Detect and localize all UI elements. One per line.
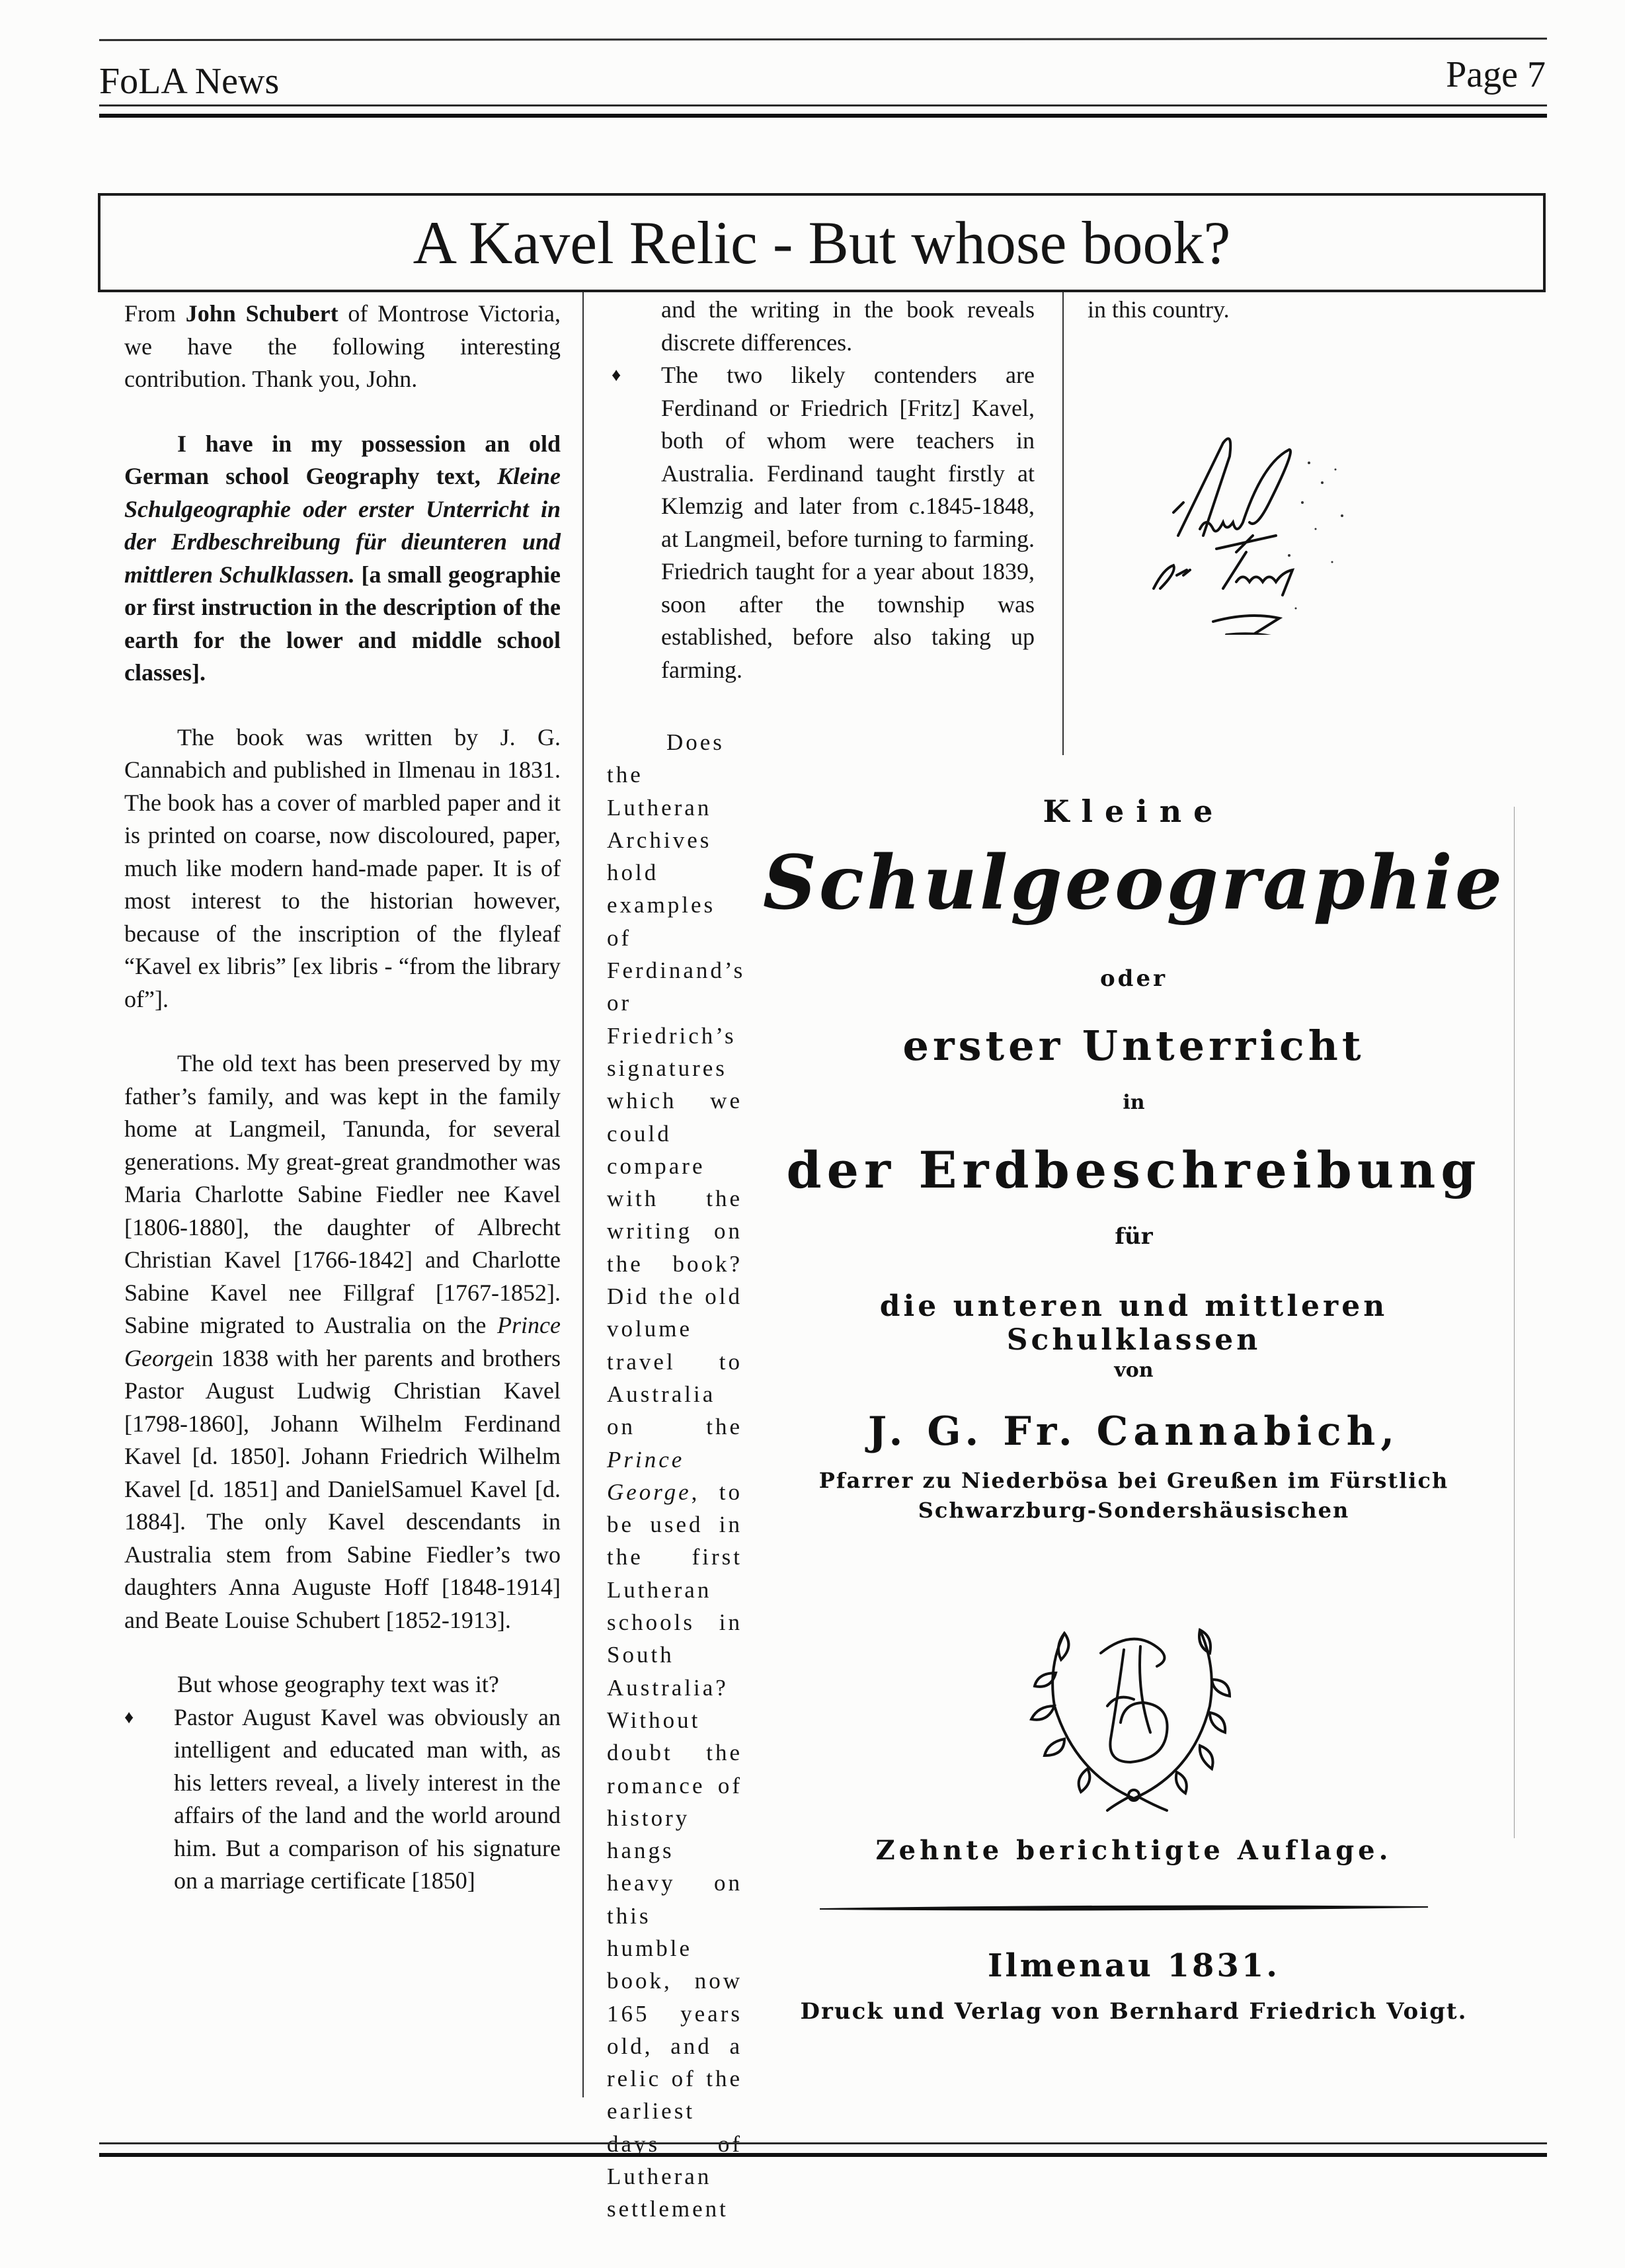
signature-image: Kavel ex libris handwritten signature bbox=[1137, 423, 1388, 635]
newsletter-page: FoLA News Page 7 A Kavel Relic - But who… bbox=[0, 0, 1625, 2268]
article-column-3: in this country. bbox=[1088, 294, 1497, 327]
ship-name: Prince George bbox=[607, 1447, 692, 1505]
title-page-divider bbox=[820, 1904, 1428, 1911]
title-page-fur: für bbox=[760, 1223, 1507, 1250]
archives-question-paragraph: Does the Lutheran Archives hold examples… bbox=[607, 726, 742, 2226]
title-page-author: J. G. Fr. Cannabich, bbox=[760, 1408, 1507, 1455]
title-page-printer: Druck und Verlag von Bernhard Friedrich … bbox=[760, 1998, 1507, 2025]
list-item: and the writing in the book reveals disc… bbox=[612, 294, 1035, 359]
intro-prefix: From bbox=[124, 300, 186, 327]
bullet-text: Pastor August Kavel was obviously an int… bbox=[174, 1704, 561, 1894]
title-page-edge bbox=[1514, 807, 1515, 1838]
article-title-box: A Kavel Relic - But whose book? bbox=[98, 193, 1546, 292]
family-text-2: in 1838 with her parents and brothers Pa… bbox=[124, 1345, 561, 1633]
family-text-1: The old text has been preserved by my fa… bbox=[124, 1050, 561, 1338]
publication-name: FoLA News bbox=[99, 63, 279, 100]
book-description-paragraph: The book was written by J. G. Cannabich … bbox=[124, 721, 561, 1016]
contenders-list: ♦Pastor August Kavel was obviously an in… bbox=[124, 1701, 561, 1898]
list-item: ♦Pastor August Kavel was obviously an in… bbox=[124, 1701, 561, 1898]
bullet-text: and the writing in the book reveals disc… bbox=[661, 296, 1035, 356]
wreath-monogram-icon bbox=[1002, 1600, 1266, 1812]
title-page-oder: oder bbox=[760, 965, 1507, 992]
narrow-column: Does the Lutheran Archives hold examples… bbox=[607, 726, 742, 2226]
narrow-text-2: , to be used in the first Lutheran schoo… bbox=[607, 1479, 742, 2222]
title-page-kleine: Kleine bbox=[760, 793, 1507, 829]
title-page-erster: erster Unterricht bbox=[760, 1022, 1507, 1070]
narrow-text-1: Does the Lutheran Archives hold examples… bbox=[607, 729, 745, 1439]
contenders-list-continued: and the writing in the book reveals disc… bbox=[612, 294, 1035, 686]
page-number: Page 7 bbox=[1446, 56, 1546, 93]
continuation-text: in this country. bbox=[1088, 294, 1497, 327]
column-divider-1 bbox=[582, 292, 584, 2097]
article-title: A Kavel Relic - But whose book? bbox=[413, 208, 1231, 278]
title-page-main-title: Schulgeographie bbox=[760, 840, 1507, 926]
header-rule-thin bbox=[99, 104, 1547, 106]
possession-text: I have in my possession an old German sc… bbox=[124, 430, 561, 490]
header-top-rule bbox=[99, 38, 1547, 41]
title-page-author-role: Pfarrer zu Niederbösa bei Greußen im Für… bbox=[760, 1468, 1507, 1493]
diamond-bullet-icon: ♦ bbox=[612, 359, 621, 392]
possession-paragraph: I have in my possession an old German sc… bbox=[124, 428, 561, 690]
family-history-paragraph: The old text has been preserved by my fa… bbox=[124, 1047, 561, 1637]
question-line: But whose geography text was it? bbox=[124, 1668, 561, 1701]
title-page-in: in bbox=[760, 1091, 1507, 1114]
header-rule-thick bbox=[99, 114, 1547, 118]
column-divider-2 bbox=[1062, 292, 1064, 755]
footer-rule-thin bbox=[99, 2142, 1547, 2144]
book-title-page-image: Kleine Schulgeographie oder erster Unter… bbox=[760, 774, 1507, 1845]
title-page-author-region: Schwarzburg-Sondershäusischen bbox=[760, 1498, 1507, 1523]
title-page-schulklassen: die unteren und mittleren Schulklassen bbox=[760, 1289, 1507, 1357]
list-item: ♦The two likely contenders are Ferdinand… bbox=[612, 359, 1035, 686]
article-column-2: and the writing in the book reveals disc… bbox=[612, 294, 1035, 686]
contributor-name: John Schubert bbox=[186, 300, 338, 327]
diamond-bullet-icon: ♦ bbox=[124, 1701, 134, 1734]
title-page-erdbeschreibung: der Erdbeschreibung bbox=[760, 1141, 1507, 1199]
intro-paragraph: From John Schubert of Montrose Victoria,… bbox=[124, 298, 561, 396]
title-page-edition: Zehnte berichtigte Auflage. bbox=[760, 1835, 1507, 1866]
footer-rule-thick bbox=[99, 2153, 1547, 2157]
title-page-place-year: Ilmenau 1831. bbox=[760, 1947, 1507, 1984]
bullet-text: The two likely contenders are Ferdinand … bbox=[661, 362, 1035, 683]
article-column-1: From John Schubert of Montrose Victoria,… bbox=[124, 298, 561, 1898]
title-page-von: von bbox=[760, 1359, 1507, 1382]
